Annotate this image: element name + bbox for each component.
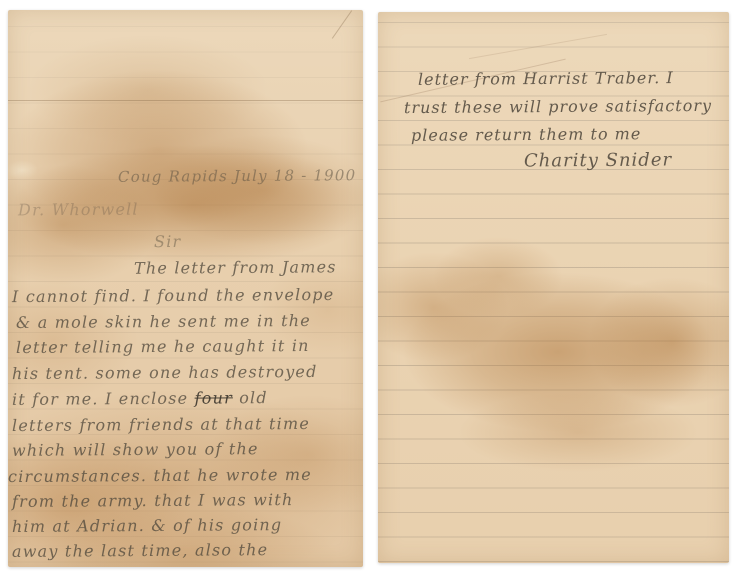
handwritten-line: please return them to me bbox=[411, 124, 641, 146]
signature: Charity Snider bbox=[524, 150, 672, 171]
diagonal-crease-2 bbox=[469, 34, 607, 59]
handwritten-line: which will show you of the bbox=[12, 439, 259, 461]
salutation-faint: Dr. Whorwell bbox=[18, 200, 139, 221]
handwritten-line: I cannot find. I found the envelope bbox=[12, 285, 334, 307]
handwritten-line: away the last time, also the bbox=[12, 540, 268, 562]
letter-page-2: letter from Harrist Traber. I trust thes… bbox=[378, 12, 729, 563]
salutation: Sir bbox=[154, 232, 181, 252]
line-text: it for me. I enclose bbox=[12, 389, 195, 409]
handwritten-line: circumstances. that he wrote me bbox=[8, 465, 312, 487]
fold-crease bbox=[8, 100, 363, 101]
handwritten-line: letters from friends at that time bbox=[12, 414, 310, 436]
dateline: Coug Rapids July 18 - 1900 bbox=[118, 165, 357, 187]
handwritten-line: letter telling me he caught it in bbox=[16, 336, 310, 358]
handwritten-line: The letter from James bbox=[134, 257, 337, 278]
struck-word: four bbox=[195, 388, 233, 407]
scan-background: Coug Rapids July 18 - 1900 Dr. Whorwell … bbox=[0, 0, 735, 576]
handwritten-line: trust these will prove satisfactory bbox=[404, 96, 712, 118]
handwritten-line: him at Adrian. & of his going bbox=[12, 515, 282, 537]
handwritten-line-with-correction: it for me. I enclose four old bbox=[12, 388, 268, 410]
handwritten-line: & a mole skin he sent me in the bbox=[16, 311, 311, 333]
handwritten-line: his tent. some one has destroyed bbox=[12, 362, 318, 384]
handwritten-line: letter from Harrist Traber. I bbox=[418, 68, 674, 90]
letter-page-1: Coug Rapids July 18 - 1900 Dr. Whorwell … bbox=[8, 10, 363, 567]
handwritten-line: from the army. that I was with bbox=[12, 490, 294, 512]
corner-crease bbox=[332, 10, 352, 38]
line-text: old bbox=[233, 388, 268, 407]
